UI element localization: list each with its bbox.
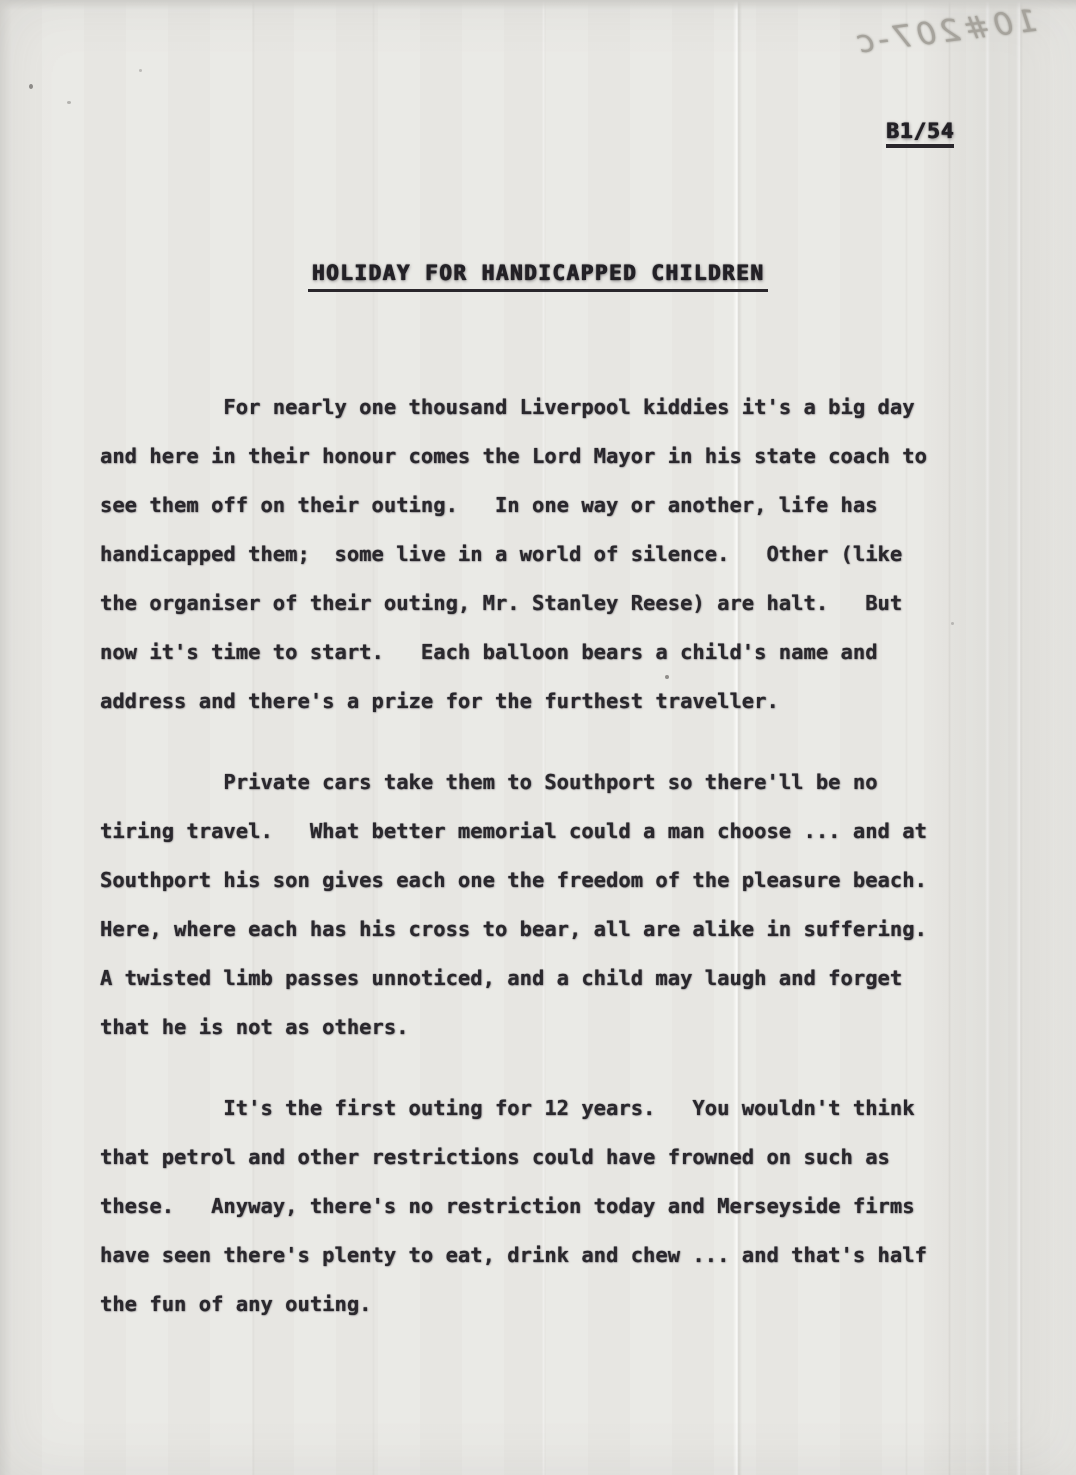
paragraph-3: It's the first outing for 12 years. You … xyxy=(100,1084,962,1329)
text-line: For nearly one thousand Liverpool kiddie… xyxy=(100,383,962,432)
text-line: now it's time to start. Each balloon bea… xyxy=(100,628,962,677)
text-line: Southport his son gives each one the fre… xyxy=(100,856,962,905)
text-line: A twisted limb passes unnoticed, and a c… xyxy=(100,954,962,1003)
text-line: Here, where each has his cross to bear, … xyxy=(100,905,962,954)
text-line: Private cars take them to Southport so t… xyxy=(100,758,962,807)
text-line: the fun of any outing. xyxy=(100,1280,962,1329)
document-title: HOLIDAY FOR HANDICAPPED CHILDREN xyxy=(308,261,769,292)
text-line: see them off on their outing. In one way… xyxy=(100,481,962,530)
text-line: tiring travel. What better memorial coul… xyxy=(100,807,962,856)
document-body: For nearly one thousand Liverpool kiddie… xyxy=(100,383,962,1329)
text-line: and here in their honour comes the Lord … xyxy=(100,432,962,481)
paper-speck xyxy=(67,101,71,104)
stray-ink-dot xyxy=(665,675,669,679)
text-line: that petrol and other restrictions could… xyxy=(100,1133,962,1182)
document-page: 10#207-c B1/54 HOLIDAY FOR HANDICAPPED C… xyxy=(0,0,1076,1475)
text-line: handicapped them; some live in a world o… xyxy=(100,530,962,579)
text-line: these. Anyway, there's no restriction to… xyxy=(100,1182,962,1231)
pencil-annotation-text: 10#207-c xyxy=(851,3,1039,61)
text-line: that he is not as others. xyxy=(100,1003,962,1052)
pencil-annotation-mirrored: 10#207-c xyxy=(844,2,1047,62)
text-line: address and there's a prize for the furt… xyxy=(100,677,962,726)
paper-speck xyxy=(29,84,33,89)
paper-speck xyxy=(951,622,954,625)
paragraph-2: Private cars take them to Southport so t… xyxy=(100,758,962,1052)
text-line: the organiser of their outing, Mr. Stanl… xyxy=(100,579,962,628)
paper-speck xyxy=(139,69,142,72)
text-line: It's the first outing for 12 years. You … xyxy=(100,1084,962,1133)
reference-number: B1/54 xyxy=(886,119,954,148)
text-line: have seen there's plenty to eat, drink a… xyxy=(100,1231,962,1280)
paragraph-1: For nearly one thousand Liverpool kiddie… xyxy=(100,383,962,726)
title-row: HOLIDAY FOR HANDICAPPED CHILDREN xyxy=(0,261,1076,292)
